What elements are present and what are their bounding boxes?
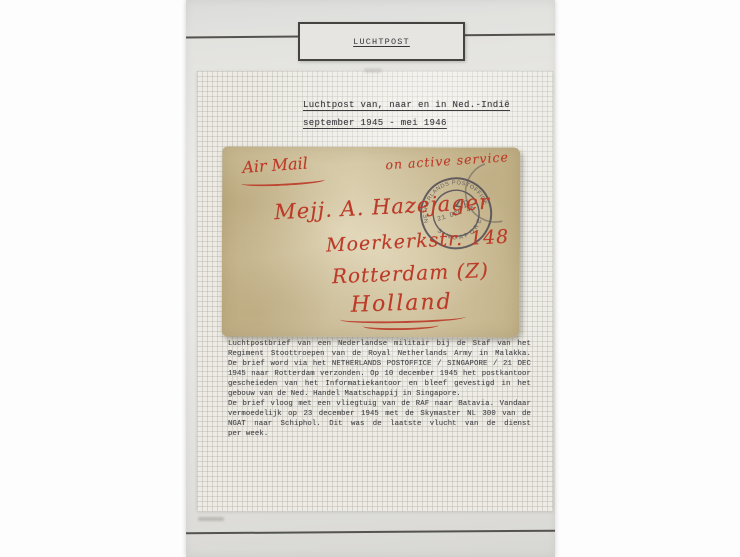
page-title-line2: september 1945 - mei 1946	[303, 114, 510, 132]
album-page: LUCHTPOST Luchtpost van, naar en in Ned.…	[186, 0, 555, 557]
luchtpost-header-label: LUCHTPOST	[353, 37, 410, 47]
description-line: Regiment Stoottroepen van de Royal Nethe…	[228, 349, 531, 359]
holland-underline-flourish-2	[363, 321, 439, 331]
exhibit-photo: LUCHTPOST Luchtpost van, naar en in Ned.…	[0, 0, 740, 557]
page-title-block: Luchtpost van, naar en in Ned.-Indië sep…	[303, 96, 510, 132]
airmail-underline	[241, 176, 325, 188]
on-active-service-note: on active service	[385, 149, 509, 172]
description-line: De brief word via het NETHERLANDS POSTOF…	[228, 359, 531, 369]
description-line: per week.	[228, 429, 531, 439]
description-line: gescheieden van het Informatiekantoor en…	[228, 379, 531, 389]
faint-pencil-mark-bottom	[198, 517, 224, 521]
description-line: 1945 naar Rotterdam verzonden. Op 10 dec…	[228, 369, 531, 379]
description-line: Luchtpostbrief van een Nederlandse milit…	[228, 339, 531, 349]
address-line-city: Rotterdam (Z)	[331, 258, 489, 288]
luchtpost-header-box: LUCHTPOST	[298, 22, 465, 61]
bottom-rule-line	[186, 530, 555, 535]
description-line: gebouw van de Ned. Handel Maatschappij i…	[228, 389, 531, 399]
page-title-line1: Luchtpost van, naar en in Ned.-Indië	[303, 96, 510, 114]
faint-pencil-mark-top	[364, 68, 382, 73]
description-line: De brief vloog met een vliegtuig van de …	[228, 399, 531, 409]
description-block: Luchtpostbrief van een Nederlandse milit…	[228, 339, 531, 439]
description-line: vermoedelijk op 23 december 1945 met de …	[228, 409, 531, 419]
description-line: NGAT naar Schiphol. Dit was de laatste v…	[228, 419, 531, 429]
address-line-street: Moerkerkstr. 148	[326, 226, 510, 257]
envelope: Air Mail on active service NETHERLANDS P…	[222, 146, 521, 337]
airmail-note: Air Mail	[242, 154, 309, 177]
